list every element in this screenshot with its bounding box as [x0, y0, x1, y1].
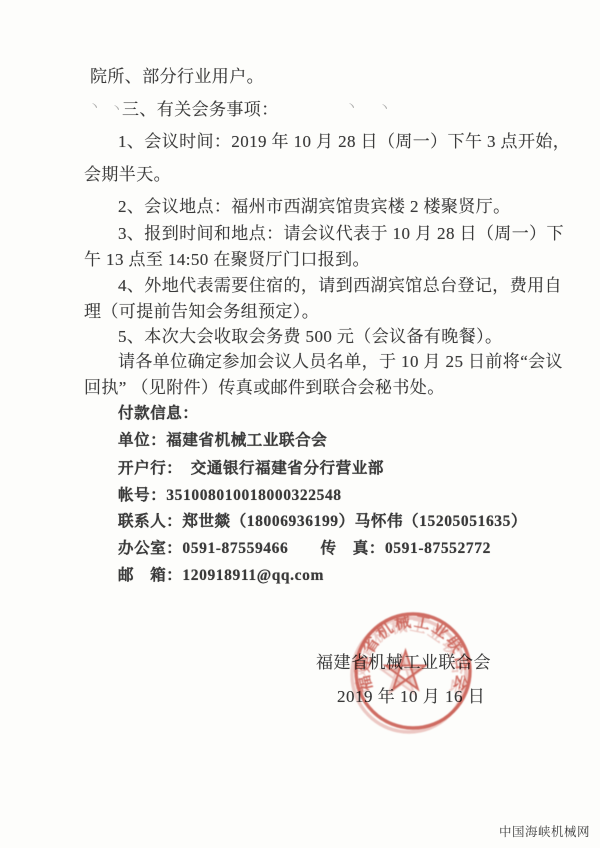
- payment-line-bank: 开户行： 交通银行福建省分行营业部: [118, 456, 384, 478]
- ink-mark: 丶: [110, 98, 123, 117]
- document-line: 午 13 点至 14:50 在聚贤厅门口报到。: [84, 245, 370, 270]
- document-line: 会期半天。: [84, 160, 171, 185]
- document-line: 回执” （见附件）传真或邮件到联合会秘书处。: [84, 373, 445, 398]
- document-line: 3、报到时间和地点：请会议代表于 10 月 28 日（周一）下: [118, 219, 564, 244]
- document-line: 4、外地代表需要住宿的，请到西湖宾馆总台登记，费用自: [118, 271, 562, 296]
- payment-line-account: 帐号：351008010018000322548: [118, 483, 342, 505]
- payment-line-unit: 单位：福建省机械工业联合会: [118, 428, 327, 450]
- seal-main-impression: [354, 613, 473, 728]
- document-line: 1、会议时间：2019 年 10 月 28 日（周一）下午 3 点开始，: [118, 127, 570, 152]
- ink-mark: 丶: [345, 96, 358, 115]
- scanned-document-page: 院所、部分行业用户。 三、有关会务事项： 1、会议时间：2019 年 10 月 …: [0, 0, 600, 848]
- payment-info-heading: 付款信息：: [118, 401, 199, 423]
- ink-mark: 丶: [88, 96, 101, 115]
- payment-line-email: 邮 箱：120918911@qq.com: [118, 563, 324, 585]
- official-seal: 福建省机械工业联合会: [330, 585, 510, 755]
- payment-line-office-fax: 办公室：0591-87559466 传 真：0591-87552772: [118, 536, 491, 558]
- document-line: 2、会议地点：福州市西湖宾馆贵宾楼 2 楼聚贤厅。: [118, 192, 511, 217]
- ink-mark: 丶: [378, 97, 391, 116]
- payment-line-contacts: 联系人：郑世燚（18006936199）马怀伟（15205051635）: [118, 509, 527, 531]
- document-line: 理（可提前告知会务组预定）。: [84, 297, 319, 322]
- document-line: 5、本次大会收取会务费 500 元（会议备有晚餐）。: [118, 322, 502, 347]
- document-section-heading: 三、有关会务事项：: [122, 95, 279, 120]
- site-watermark: 中国海峡机械网: [499, 822, 590, 840]
- document-line: 请各单位确定参加会议人员名单，于 10 月 25 日前将“会议: [118, 347, 563, 372]
- document-line: 院所、部分行业用户。: [90, 62, 264, 87]
